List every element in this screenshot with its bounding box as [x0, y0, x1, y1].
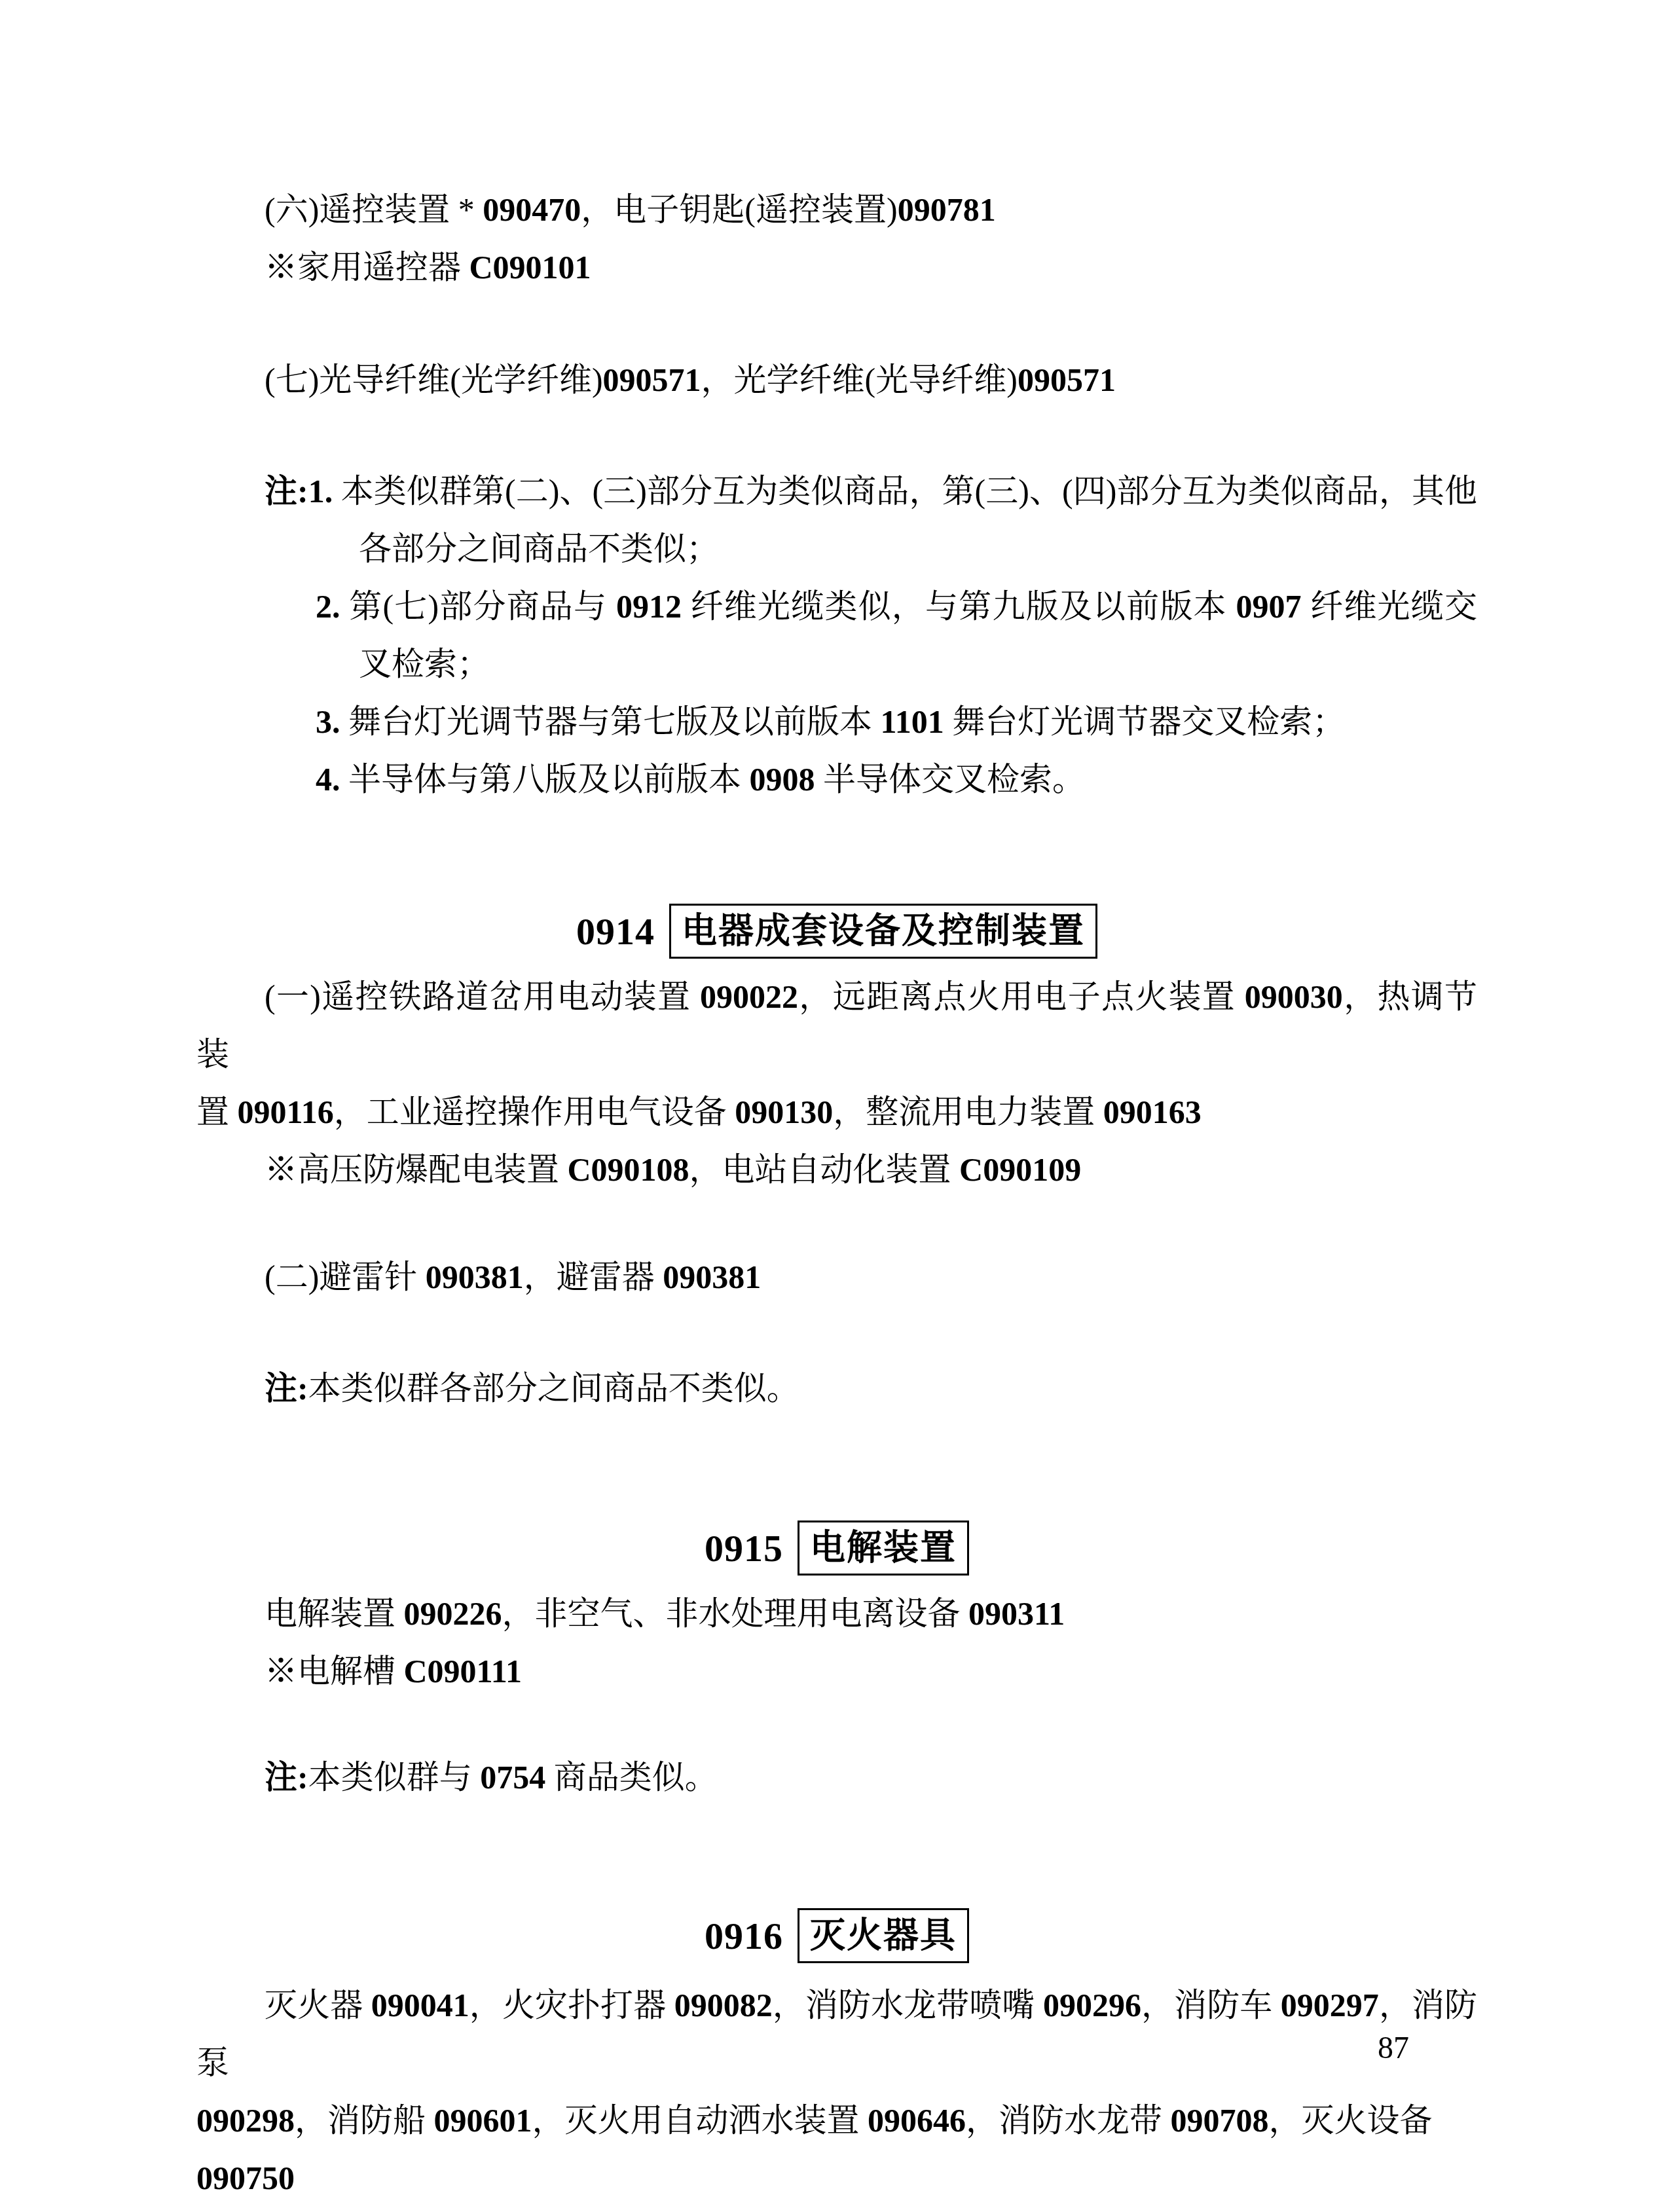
text-run: 半导体与第八版及以前版本: [340, 761, 750, 798]
notes-block: 注:1. 本类似群第(二)、(三)部分互为类似商品，第(三)、(四)部分互为类似…: [196, 462, 1477, 808]
entry-line-item6: (六)遥控装置 * 090470，电子钥匙(遥控装置)090781: [196, 181, 1477, 238]
goods-code: 090030: [1245, 978, 1343, 1015]
goods-code: 090041: [371, 1987, 469, 2023]
group-code: 0912: [616, 588, 682, 625]
text-run: ，整流用电力装置: [833, 1094, 1103, 1130]
text-run: ，消防船: [295, 2102, 434, 2139]
entry-line-item6-domestic: ※家用遥控器 C090101: [196, 238, 1477, 296]
text-run: 本类似群第(二)、(三)部分互为类似商品，第(三)、(四)部分互为类似商品，其他: [333, 473, 1477, 509]
section-header-0915: 0915 电解装置: [196, 1517, 1477, 1579]
section-0915-body: 电解装置 090226，非空气、非水处理用电离设备 090311 ※电解槽 C0…: [196, 1585, 1477, 1700]
text-run: (七)光导纤维(光学纤维): [265, 361, 603, 398]
text-run: 纤维光缆类似，与第九版及以前版本: [682, 588, 1236, 625]
text-run: ，灭火用自动洒水装置: [532, 2102, 868, 2139]
text-run: ※高压防爆配电装置: [265, 1151, 568, 1188]
entry-line: 090298，消防船 090601，灭火用自动洒水装置 090646，消防水龙带…: [196, 2092, 1477, 2207]
note-number: 2.: [316, 588, 340, 625]
text-run: ，工业遥控操作用电气设备: [334, 1094, 735, 1130]
page-number: 87: [1378, 2027, 1409, 2069]
text-run: ，消防水龙带: [966, 2102, 1171, 2139]
section-0916-body: 灭火器 090041，火灾扑打器 090082，消防水龙带喷嘴 090296，消…: [196, 1976, 1477, 2207]
goods-code: 090470: [483, 191, 581, 228]
entry-line-domestic: ※电解槽 C090111: [196, 1642, 1477, 1700]
text-run: 灭火器: [265, 1987, 371, 2023]
goods-code: 090381: [426, 1259, 524, 1295]
text-run: 置: [196, 1094, 238, 1130]
text-run: 舞台灯光调节器与第七版及以前版本: [340, 703, 881, 740]
text-run: ，灭火设备: [1269, 2102, 1433, 2139]
text-run: ※家用遥控器: [265, 249, 469, 286]
note-line-4: 4. 半导体与第八版及以前版本 0908 半导体交叉检索。: [196, 750, 1477, 808]
goods-code: 090646: [868, 2102, 966, 2139]
text-run: ，消防车: [1141, 1987, 1281, 2023]
page-content: (六)遥控装置 * 090470，电子钥匙(遥控装置)090781 ※家用遥控器…: [196, 0, 1477, 2207]
note-label: 注:1.: [265, 473, 333, 509]
section-0914-body: (一)遥控铁路道岔用电动装置 090022，远距离点火用电子点火装置 09003…: [196, 968, 1477, 1198]
goods-code: 090601: [434, 2102, 532, 2139]
note-line-3: 3. 舞台灯光调节器与第七版及以前版本 1101 舞台灯光调节器交叉检索；: [196, 693, 1477, 750]
text-run: ，光学纤维(光导纤维): [701, 361, 1018, 398]
goods-code: 090781: [898, 191, 996, 228]
goods-code: 090116: [238, 1094, 334, 1130]
goods-code: 090082: [674, 1987, 773, 2023]
group-code: 0908: [750, 761, 815, 798]
text-run: 叉检索；: [359, 646, 490, 682]
entry-line-item7: (七)光导纤维(光学纤维)090571，光学纤维(光导纤维)090571: [196, 351, 1477, 409]
section-number: 0915: [705, 1526, 783, 1570]
note-line-1a: 注:1. 本类似群第(二)、(三)部分互为类似商品，第(三)、(四)部分互为类似…: [196, 462, 1477, 520]
note-line-2b: 叉检索；: [196, 635, 1477, 693]
goods-code: 090297: [1281, 1987, 1379, 2023]
text-run: 本类似群各部分之间商品不类似。: [308, 1370, 799, 1407]
text-run: ，电子钥匙(遥控装置): [581, 191, 897, 228]
entry-line-item2: (二)避雷针 090381，避雷器 090381: [196, 1248, 1477, 1306]
goods-code: 090226: [404, 1595, 502, 1632]
group-code: 0907: [1236, 588, 1302, 625]
goods-code: 090130: [735, 1094, 833, 1130]
text-run: ，消防水龙带喷嘴: [773, 1987, 1043, 2023]
text-run: 第(七)部分商品与: [340, 588, 616, 625]
section-number: 0916: [705, 1914, 783, 1958]
group-code: 1101: [881, 703, 944, 740]
section-header-0914: 0914 电器成套设备及控制装置: [196, 900, 1477, 963]
entry-line-domestic: ※高压防爆配电装置 C090108，电站自动化装置 C090109: [196, 1141, 1477, 1198]
section-title-box: 电器成套设备及控制装置: [669, 904, 1097, 959]
section-title-box: 电解装置: [798, 1521, 969, 1576]
note-line-2a: 2. 第(七)部分商品与 0912 纤维光缆类似，与第九版及以前版本 0907 …: [196, 578, 1477, 635]
text-run: ，电站自动化装置: [689, 1151, 960, 1188]
group-code: 0754: [480, 1759, 545, 1796]
goods-code: 090750: [196, 2160, 295, 2196]
section-header-0916: 0916 灭火器具: [196, 1904, 1477, 1967]
document-page: (六)遥控装置 * 090470，电子钥匙(遥控装置)090781 ※家用遥控器…: [0, 0, 1671, 2212]
entry-line: 置 090116，工业遥控操作用电气设备 090130，整流用电力装置 0901…: [196, 1083, 1477, 1141]
section-number: 0914: [576, 910, 655, 953]
goods-code: 090022: [700, 978, 798, 1015]
text-run: ，火灾扑打器: [469, 1987, 674, 2023]
goods-code: C090111: [404, 1653, 523, 1689]
goods-code: 090163: [1103, 1094, 1202, 1130]
goods-code: 090311: [968, 1595, 1065, 1632]
goods-code: 090708: [1171, 2102, 1269, 2139]
text-run: 纤维光缆交: [1302, 588, 1477, 625]
goods-code: 090571: [603, 361, 701, 398]
text-run: (二)避雷针: [265, 1259, 426, 1295]
text-run: (一)遥控铁路道岔用电动装置: [265, 978, 700, 1015]
note-label: 注:: [265, 1370, 308, 1407]
text-run: ，避雷器: [524, 1259, 663, 1295]
entry-line: (一)遥控铁路道岔用电动装置 090022，远距离点火用电子点火装置 09003…: [196, 968, 1477, 1083]
goods-code: 090381: [663, 1259, 761, 1295]
text-run: 本类似群与: [308, 1759, 481, 1796]
goods-code: C090108: [568, 1151, 689, 1188]
section-0915-note: 注:本类似群与 0754 商品类似。: [196, 1748, 1477, 1806]
text-run: 舞台灯光调节器交叉检索；: [944, 703, 1346, 740]
entry-line: 电解装置 090226，非空气、非水处理用电离设备 090311: [196, 1585, 1477, 1642]
text-run: 半导体交叉检索。: [815, 761, 1086, 798]
goods-code: C090109: [959, 1151, 1081, 1188]
text-run: 电解装置: [265, 1595, 404, 1632]
note-line-1b: 各部分之间商品不类似；: [196, 520, 1477, 578]
goods-code: 090298: [196, 2102, 295, 2139]
text-run: ※电解槽: [265, 1653, 404, 1689]
text-run: ，非空气、非水处理用电离设备: [502, 1595, 969, 1632]
goods-code: 090296: [1043, 1987, 1141, 2023]
text-run: (六)遥控装置 *: [265, 191, 483, 228]
section-title-box: 灭火器具: [798, 1908, 969, 1963]
entry-line: 灭火器 090041，火灾扑打器 090082，消防水龙带喷嘴 090296，消…: [196, 1976, 1477, 2092]
goods-code: 090571: [1018, 361, 1116, 398]
section-0914-note: 注:本类似群各部分之间商品不类似。: [196, 1359, 1477, 1417]
note-label: 注:: [265, 1759, 308, 1796]
text-run: 各部分之间商品不类似；: [359, 530, 719, 567]
note-number: 3.: [316, 703, 340, 740]
text-run: 商品类似。: [545, 1759, 718, 1796]
note-number: 4.: [316, 761, 340, 798]
text-run: ，远距离点火用电子点火装置: [798, 978, 1245, 1015]
goods-code: C090101: [469, 249, 591, 286]
